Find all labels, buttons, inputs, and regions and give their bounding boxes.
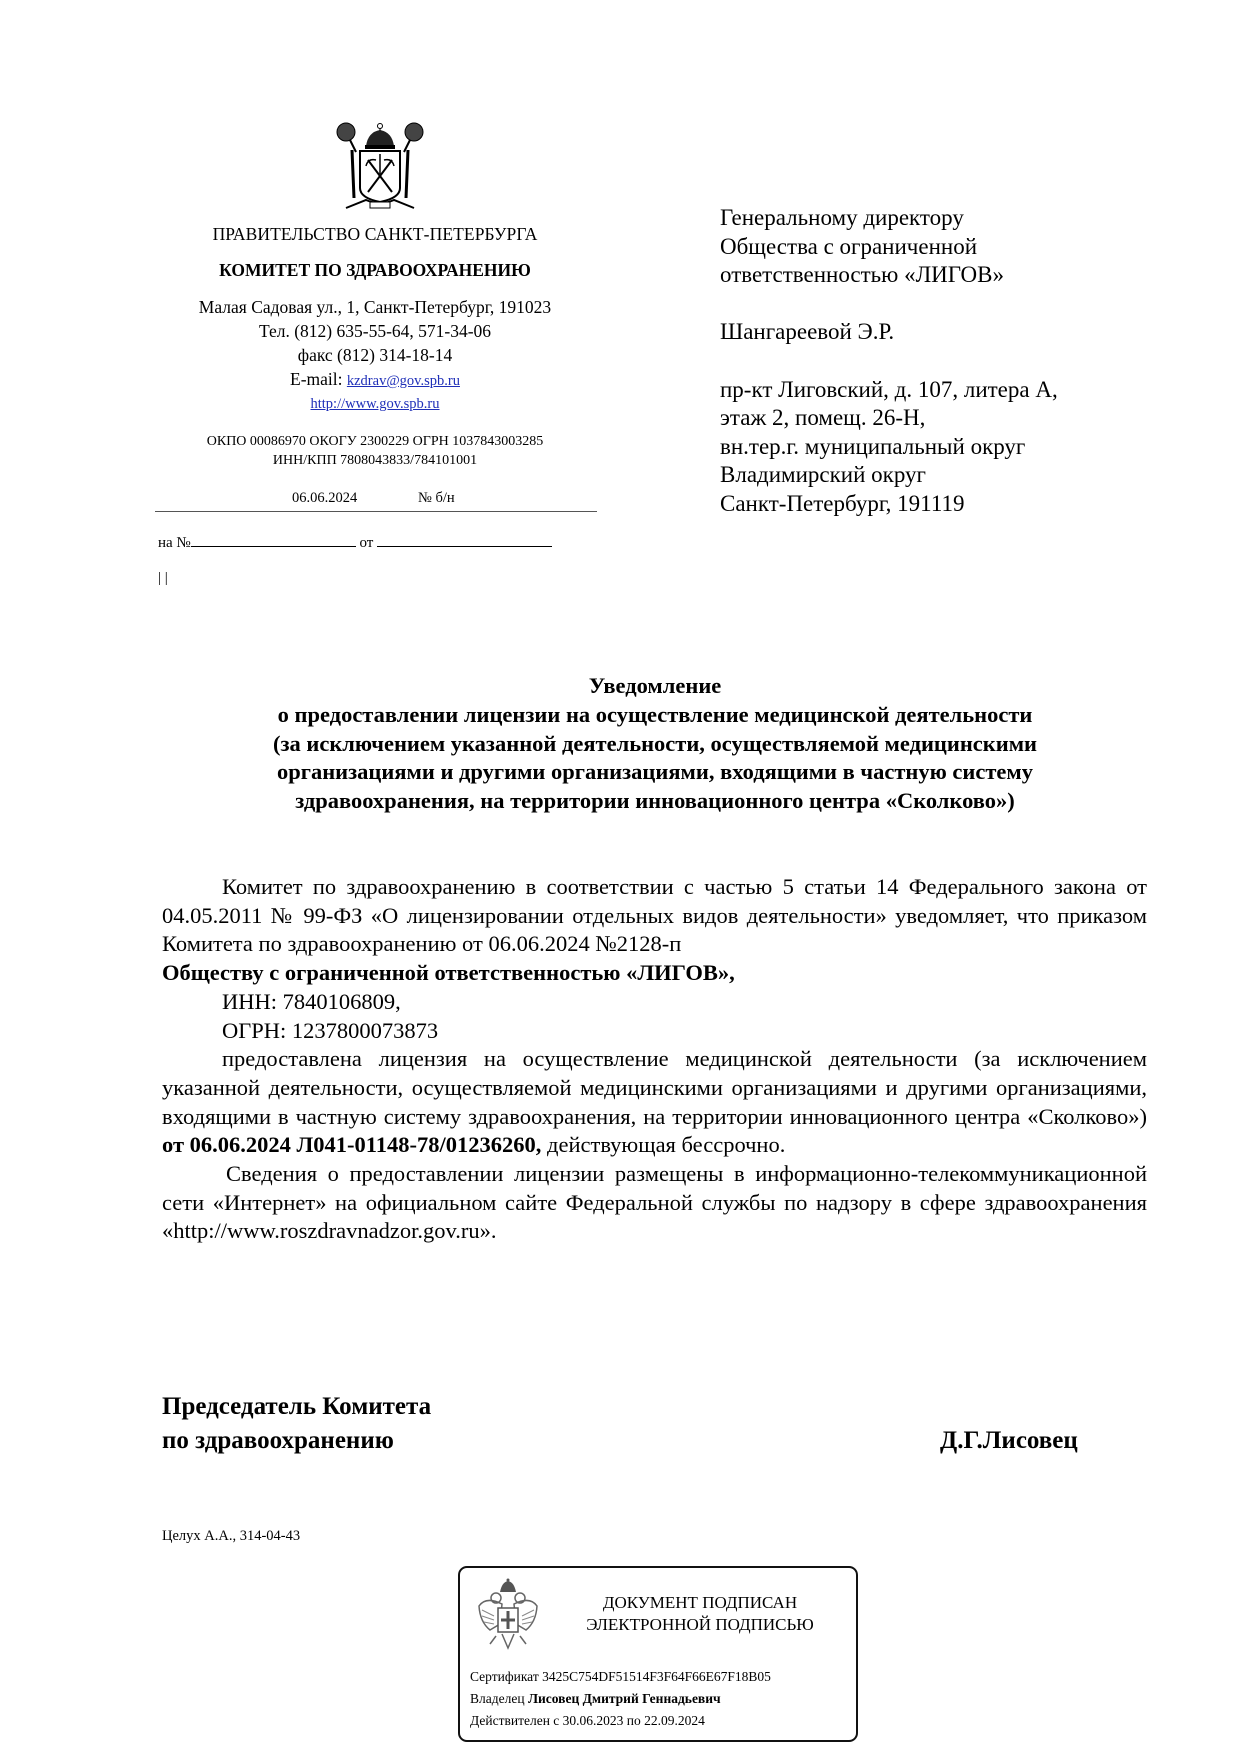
- body-paragraph-1: Комитет по здравоохранению в соответстви…: [162, 873, 1147, 959]
- saint-petersburg-coat-of-arms-icon: [332, 118, 428, 214]
- divider: [155, 511, 597, 512]
- certificate-serial: 3425C754DF51514F3F64F66E67F18B05: [542, 1669, 771, 1684]
- title-line-3: (за исключением указанной деятельности, …: [162, 730, 1148, 759]
- website-row: http://www.gov.spb.ru: [150, 393, 600, 413]
- addressee-position: Генеральному директору: [720, 204, 1058, 233]
- electronic-signature-stamp: ДОКУМЕНТ ПОДПИСАН ЭЛЕКТРОННОЙ ПОДПИСЬЮ С…: [458, 1566, 858, 1742]
- stamp-certificate: Сертификат 3425C754DF51514F3F64F66E67F18…: [470, 1666, 771, 1688]
- email-label: E-mail:: [290, 369, 347, 389]
- website-link[interactable]: http://www.gov.spb.ru: [310, 396, 439, 412]
- addressee-org-line-1: Общества с ограниченной: [720, 233, 1058, 262]
- document-date: 06.06.2024: [292, 490, 357, 507]
- signatory-position-line-2: по здравоохранению: [162, 1424, 431, 1458]
- addressee-address-1: пр-кт Лиговский, д. 107, литера А,: [720, 376, 1058, 405]
- addressee-address-3: вн.тер.г. муниципальный округ: [720, 433, 1058, 462]
- ref-number-label: на №: [158, 535, 191, 551]
- ref-from-label: от: [356, 535, 377, 551]
- committee-contacts: Малая Садовая ул., 1, Санкт-Петербург, 1…: [150, 295, 600, 413]
- codes-line-1: ОКПО 00086970 ОКОГУ 2300229 ОГРН 1037843…: [150, 432, 600, 451]
- marker-bars: | |: [158, 570, 168, 587]
- codes-line-2: ИНН/КПП 7808043833/784101001: [150, 451, 600, 470]
- licensee-name: Обществу с ограниченной ответственностью…: [162, 959, 1147, 988]
- addressee-block: Генеральному директору Общества с ограни…: [720, 204, 1058, 519]
- committee-address: Малая Садовая ул., 1, Санкт-Петербург, 1…: [150, 295, 600, 319]
- signatory-position-line-1: Председатель Комитета: [162, 1390, 431, 1424]
- russian-coat-of-arms-icon: [476, 1578, 540, 1654]
- owner-label: Владелец: [470, 1691, 528, 1706]
- stamp-title-line-1: ДОКУМЕНТ ПОДПИСАН: [560, 1592, 840, 1614]
- certificate-label: Сертификат: [470, 1669, 542, 1684]
- addressee-name: Шангареевой Э.Р.: [720, 318, 1058, 347]
- government-name: ПРАВИТЕЛЬСТВО САНКТ-ПЕТЕРБУРГА: [150, 224, 600, 245]
- license-validity: действующая бессрочно.: [541, 1132, 785, 1157]
- title-heading: Уведомление: [162, 672, 1148, 701]
- addressee-address-4: Владимирский округ: [720, 461, 1058, 490]
- addressee-address-2: этаж 2, помещ. 26-Н,: [720, 404, 1058, 433]
- title-line-4: организациями и другими организациями, в…: [162, 758, 1148, 787]
- addressee-org-line-2: ответственностью «ЛИГОВ»: [720, 261, 1058, 290]
- stamp-title-line-2: ЭЛЕКТРОННОЙ ПОДПИСЬЮ: [560, 1614, 840, 1636]
- license-number: от 06.06.2024 Л041-01148-78/01236260,: [162, 1132, 541, 1157]
- signatory-name: Д.Г.Лисовец: [940, 1424, 1078, 1458]
- committee-email-row: E-mail: kzdrav@gov.spb.ru: [150, 367, 600, 393]
- document-number: № б/н: [418, 490, 455, 507]
- stamp-details: Сертификат 3425C754DF51514F3F64F66E67F18…: [470, 1666, 771, 1732]
- document-body: Комитет по здравоохранению в соответстви…: [162, 873, 1147, 1246]
- stamp-title: ДОКУМЕНТ ПОДПИСАН ЭЛЕКТРОННОЙ ПОДПИСЬЮ: [560, 1592, 840, 1636]
- committee-name: КОМИТЕТ ПО ЗДРАВООХРАНЕНИЮ: [150, 260, 600, 281]
- email-link[interactable]: kzdrav@gov.spb.ru: [347, 373, 460, 389]
- body-paragraph-3: Сведения о предоставлении лицензии разме…: [162, 1160, 1147, 1246]
- signatory-position: Председатель Комитета по здравоохранению: [162, 1390, 431, 1458]
- owner-name: Лисовец Дмитрий Геннадьевич: [528, 1691, 721, 1706]
- title-line-2: о предоставлении лицензии на осуществлен…: [162, 701, 1148, 730]
- body-paragraph-2: предоставлена лицензия на осуществление …: [162, 1045, 1147, 1160]
- addressee-address-5: Санкт-Петербург, 191119: [720, 490, 1058, 519]
- reference-row: на № от: [158, 532, 552, 552]
- outgoing-date-number: 06.06.2024 № б/н: [155, 490, 597, 510]
- stamp-owner: Владелец Лисовец Дмитрий Геннадьевич: [470, 1688, 771, 1710]
- license-description: предоставлена лицензия на осуществление …: [162, 1046, 1147, 1128]
- stamp-validity: Действителен с 30.06.2023 по 22.09.2024: [470, 1710, 771, 1732]
- licensee-ogrn: ОГРН: 1237800073873: [162, 1017, 1147, 1046]
- licensee-inn: ИНН: 7840106809,: [162, 988, 1147, 1017]
- ref-number-blank: [191, 532, 356, 547]
- ref-date-blank: [377, 532, 552, 547]
- executor-contact: Целух А.А., 314-04-43: [162, 1528, 300, 1545]
- document-title: Уведомление о предоставлении лицензии на…: [162, 672, 1148, 816]
- committee-fax: факс (812) 314-18-14: [150, 343, 600, 367]
- registration-codes: ОКПО 00086970 ОКОГУ 2300229 ОГРН 1037843…: [150, 432, 600, 470]
- title-line-5: здравоохранения, на территории инновацио…: [162, 787, 1148, 816]
- committee-phone: Тел. (812) 635-55-64, 571-34-06: [150, 319, 600, 343]
